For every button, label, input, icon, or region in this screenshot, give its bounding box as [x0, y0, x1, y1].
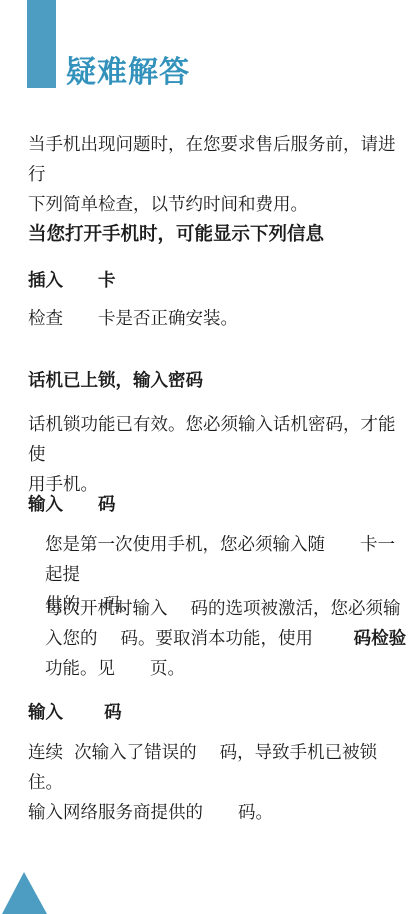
pin-paragraph-text-post: 功能。见 页。 — [45, 659, 185, 679]
subheading-phone-locked: 话机已上锁，输入密码 — [28, 369, 408, 393]
header-accent-bar — [27, 0, 56, 88]
page-title: 疑难解答 — [66, 52, 190, 94]
section-heading-power-on-messages: 当您打开手机时，可能显示下列信息 — [28, 222, 408, 248]
paragraph-phone-locked: 话机锁功能已有效。您必须输入话机密码，才能使 用手机。 — [28, 410, 408, 500]
paragraph-enter-puk: 连续 次输入了错误的 码，导致手机已被锁住。 输入网络服务商提供的 码。 — [28, 738, 408, 828]
paragraph-insert-card: 检查 卡是否正确安装。 — [28, 304, 408, 334]
footer-corner-triangle — [2, 872, 47, 914]
paragraph-pin-each-power-on: 每次开机时输入 码的选项被激活，您必须输 入您的 码。要取消本功能，使用 码检验… — [45, 594, 408, 684]
subheading-enter-pin: 输入 码 — [28, 493, 408, 517]
pin-check-menu-name: 码检验 — [354, 629, 407, 649]
subheading-enter-puk: 输入 码 — [28, 701, 408, 725]
intro-paragraph: 当手机出现问题时，在您要求售后服务前，请进行 下列简单检查，以节约时间和费用。 — [28, 130, 408, 220]
subheading-insert-card: 插入 卡 — [28, 269, 408, 293]
pin-paragraph-text-pre: 每次开机时输入 码的选项被激活，您必须输 入您的 码。要取消本功能，使用 — [45, 599, 401, 649]
